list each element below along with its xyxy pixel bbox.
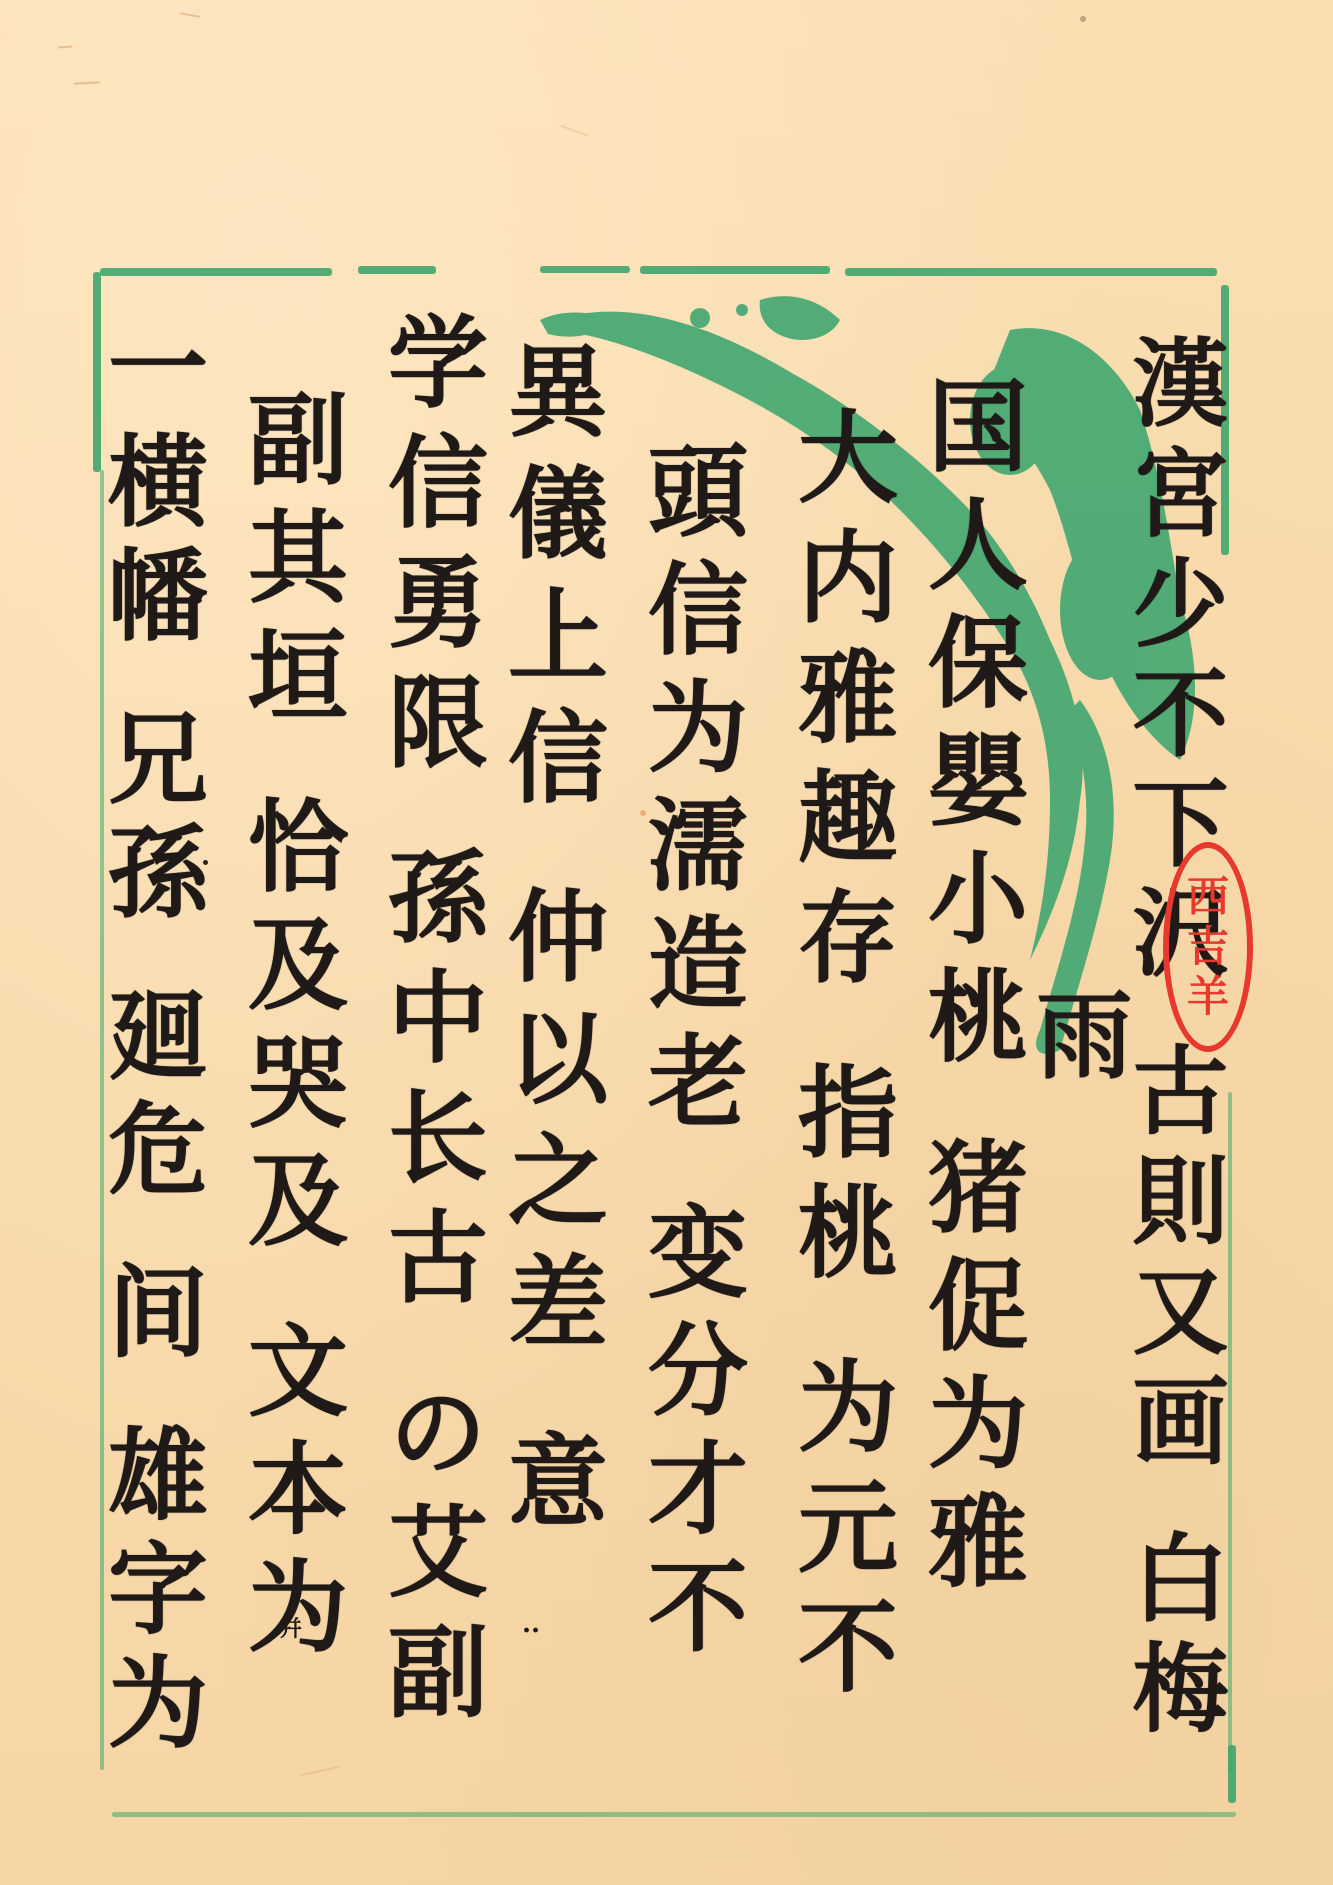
red-artist-seal: 西 吉 羊	[1163, 842, 1253, 1052]
column-text: 国人保嬰小桃 猪促为雅	[920, 340, 1020, 1640]
seal-character: 吉	[1187, 922, 1229, 972]
small-annotation-mark: 幷	[280, 1612, 302, 1643]
calligraphy-column-2: 国人保嬰小桃 猪促为雅	[910, 340, 1030, 1640]
column-text: 学信勇限 孫中长古 の艾副	[380, 300, 480, 1750]
ink-dot	[203, 860, 208, 865]
calligraphy-column-7: 副其垣 恰及哭及 文本为	[230, 300, 350, 1760]
frame-bottom	[112, 1812, 1236, 1817]
paper-fiber	[1080, 16, 1086, 22]
calligraphy-column-4: 頭信为濡造老 变分才不	[630, 330, 750, 1780]
calligraphy-column-3: 大内雅趣存 指桃 为元不	[780, 340, 900, 1780]
frame-top-segment	[845, 268, 1217, 276]
seal-character: 羊	[1187, 972, 1229, 1022]
column-text: 副其垣 恰及哭及 文本为	[240, 300, 340, 1760]
column-text: 大内雅趣存 指桃 为元不	[790, 340, 890, 1780]
ellipsis-marks: ··	[522, 1616, 540, 1646]
column-text: 一横幡 兄孫 廻危 间 雄字为	[100, 300, 200, 1780]
frame-top-segment	[640, 266, 830, 274]
frame-top-segment	[358, 266, 436, 274]
calligraphy-column-1: 漢宮少不下沢 古則又画 白梅雨	[1060, 300, 1190, 1780]
frame-top-segment	[100, 268, 332, 276]
frame-top-segment	[540, 266, 630, 273]
column-text: 頭信为濡造老 变分才不	[640, 330, 740, 1780]
seal-character: 西	[1187, 872, 1229, 922]
calligraphy-column-8: 一横幡 兄孫 廻危 间 雄字为	[90, 300, 210, 1780]
ink-dot	[318, 1350, 323, 1355]
calligraphy-column-6: 学信勇限 孫中长古 の艾副	[370, 300, 490, 1750]
column-text: 異儀上信 仲以之差 意	[500, 330, 600, 1560]
frame-right-bottom-thick	[1228, 1745, 1236, 1803]
calligraphy-column-5: 異儀上信 仲以之差 意	[490, 330, 610, 1560]
